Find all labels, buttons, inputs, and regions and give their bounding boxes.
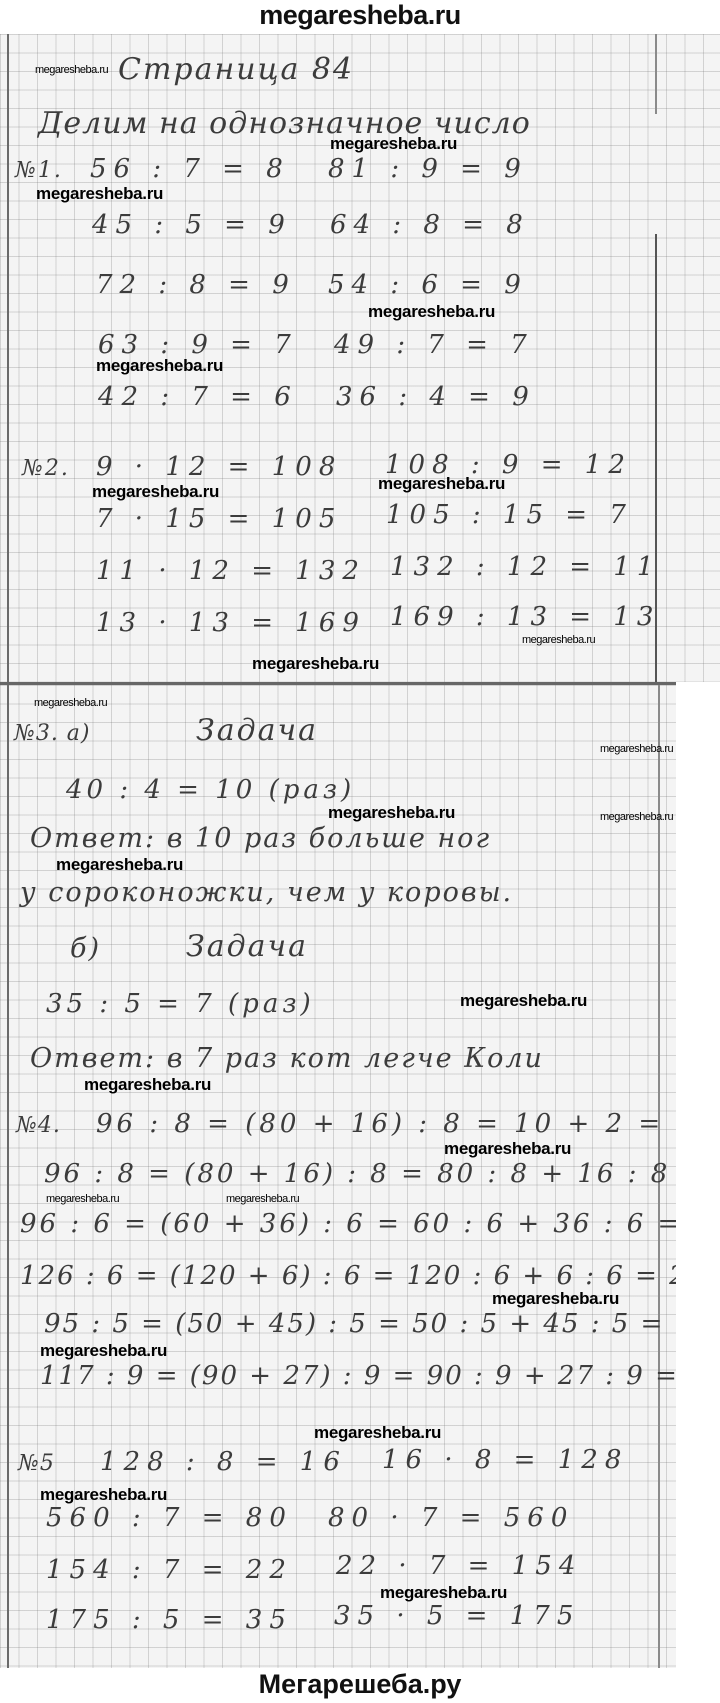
site-footer[interactable]: Мегарешеба.ру — [0, 1668, 720, 1703]
problem-heading: Задача — [186, 929, 308, 964]
equation: 95 : 5 = (50 + 45) : 5 = 50 : 5 + 45 : 5… — [44, 1309, 676, 1339]
equation: 128 : 8 = 16 — [100, 1447, 347, 1477]
watermark: megaresheba.ru — [460, 991, 587, 1011]
margin-line — [655, 34, 657, 114]
notebook-page-2: megaresheba.ru №3. а) Задача megaresheba… — [0, 682, 676, 1668]
watermark: megaresheba.ru — [600, 811, 673, 823]
equation: 9 · 12 = 108 — [96, 452, 342, 482]
task-label: №4. — [16, 1113, 61, 1138]
watermark: megaresheba.ru — [492, 1289, 619, 1309]
answer-line: у сороконожки, чем у коровы. — [20, 877, 513, 908]
watermark: megaresheba.ru — [35, 64, 108, 76]
watermark: megaresheba.ru — [56, 855, 183, 875]
equation: 36 : 4 = 9 — [336, 382, 536, 412]
watermark: megaresheba.ru — [34, 697, 107, 709]
watermark: megaresheba.ru — [522, 634, 595, 646]
watermark: megaresheba.ru — [330, 134, 457, 154]
equation: 45 : 5 = 9 — [92, 210, 292, 240]
task-label: №1. — [15, 158, 63, 183]
equation: 96 : 8 = (80 + 16) : 8 = 80 : 8 + 16 : 8… — [44, 1159, 676, 1189]
equation: 7 · 15 = 105 — [96, 504, 342, 534]
watermark: megaresheba.ru — [226, 1193, 299, 1205]
watermark: megaresheba.ru — [368, 302, 495, 322]
equation: 560 : 7 = 80 — [46, 1503, 293, 1533]
watermark: megaresheba.ru — [46, 1193, 119, 1205]
equation: 126 : 6 = (120 + 6) : 6 = 120 : 6 + 6 : … — [20, 1261, 676, 1291]
problem-heading: Задача — [196, 713, 318, 748]
equation: 175 : 5 = 35 — [46, 1605, 293, 1635]
site-header[interactable]: megaresheba.ru — [0, 0, 720, 34]
page-title: Страница 84 — [118, 52, 354, 87]
subtask-label: б) — [70, 933, 101, 964]
solution: 40 : 4 = 10 (раз) — [66, 775, 355, 805]
task-label: №3. а) — [14, 721, 91, 746]
watermark: megaresheba.ru — [92, 482, 219, 502]
task-label: №2. — [22, 456, 70, 481]
task-label: №5 — [18, 1451, 55, 1476]
watermark: megaresheba.ru — [40, 1341, 167, 1361]
equation: 42 : 7 = 6 — [98, 382, 298, 412]
watermark: megaresheba.ru — [314, 1423, 441, 1443]
equation: 13 · 13 = 169 — [96, 608, 366, 638]
equation: 56 : 7 = 8 — [90, 154, 290, 184]
equation: 81 : 9 = 9 — [328, 154, 528, 184]
watermark: megaresheba.ru — [84, 1075, 211, 1095]
equation: 80 · 7 = 560 — [328, 1503, 574, 1533]
watermark: megaresheba.ru — [378, 474, 505, 494]
watermark: megaresheba.ru — [96, 356, 223, 376]
margin-line — [7, 34, 9, 682]
equation: 49 : 7 = 7 — [334, 330, 534, 360]
scan-edge — [676, 682, 720, 1668]
equation: 54 : 6 = 9 — [328, 270, 528, 300]
equation: 105 : 15 = 7 — [386, 500, 633, 530]
equation: 72 : 8 = 9 — [96, 270, 296, 300]
notebook-page-1: megaresheba.ru Страница 84 Делим на одно… — [0, 34, 720, 682]
equation: 35 · 5 = 175 — [334, 1601, 580, 1631]
margin-line — [7, 685, 9, 1668]
watermark: megaresheba.ru — [328, 803, 455, 823]
equation: 64 : 8 = 8 — [330, 210, 530, 240]
answer-line: Ответ: в 10 раз больше ног — [30, 823, 491, 854]
equation: 117 : 9 = (90 + 27) : 9 = 90 : 9 + 27 : … — [40, 1361, 676, 1391]
watermark: megaresheba.ru — [600, 743, 673, 755]
equation: 96 : 8 = (80 + 16) : 8 = 10 + 2 = 12 — [96, 1109, 676, 1139]
watermark: megaresheba.ru — [36, 184, 163, 204]
equation: 11 · 12 = 132 — [96, 556, 366, 586]
equation: 132 : 12 = 11 — [390, 552, 660, 582]
equation: 96 : 6 = (60 + 36) : 6 = 60 : 6 + 36 : 6… — [20, 1209, 676, 1239]
equation: 154 : 7 = 22 — [46, 1555, 293, 1585]
equation: 22 · 7 = 154 — [336, 1551, 582, 1581]
watermark: megaresheba.ru — [380, 1583, 507, 1603]
equation: 169 : 13 = 13 — [390, 602, 660, 632]
solution: 35 : 5 = 7 (раз) — [46, 989, 315, 1019]
watermark: megaresheba.ru — [444, 1139, 571, 1159]
watermark: megaresheba.ru — [252, 654, 379, 674]
answer-line: Ответ: в 7 раз кот легче Коли — [30, 1043, 544, 1074]
watermark: megaresheba.ru — [40, 1485, 167, 1505]
equation: 16 · 8 = 128 — [382, 1445, 628, 1475]
